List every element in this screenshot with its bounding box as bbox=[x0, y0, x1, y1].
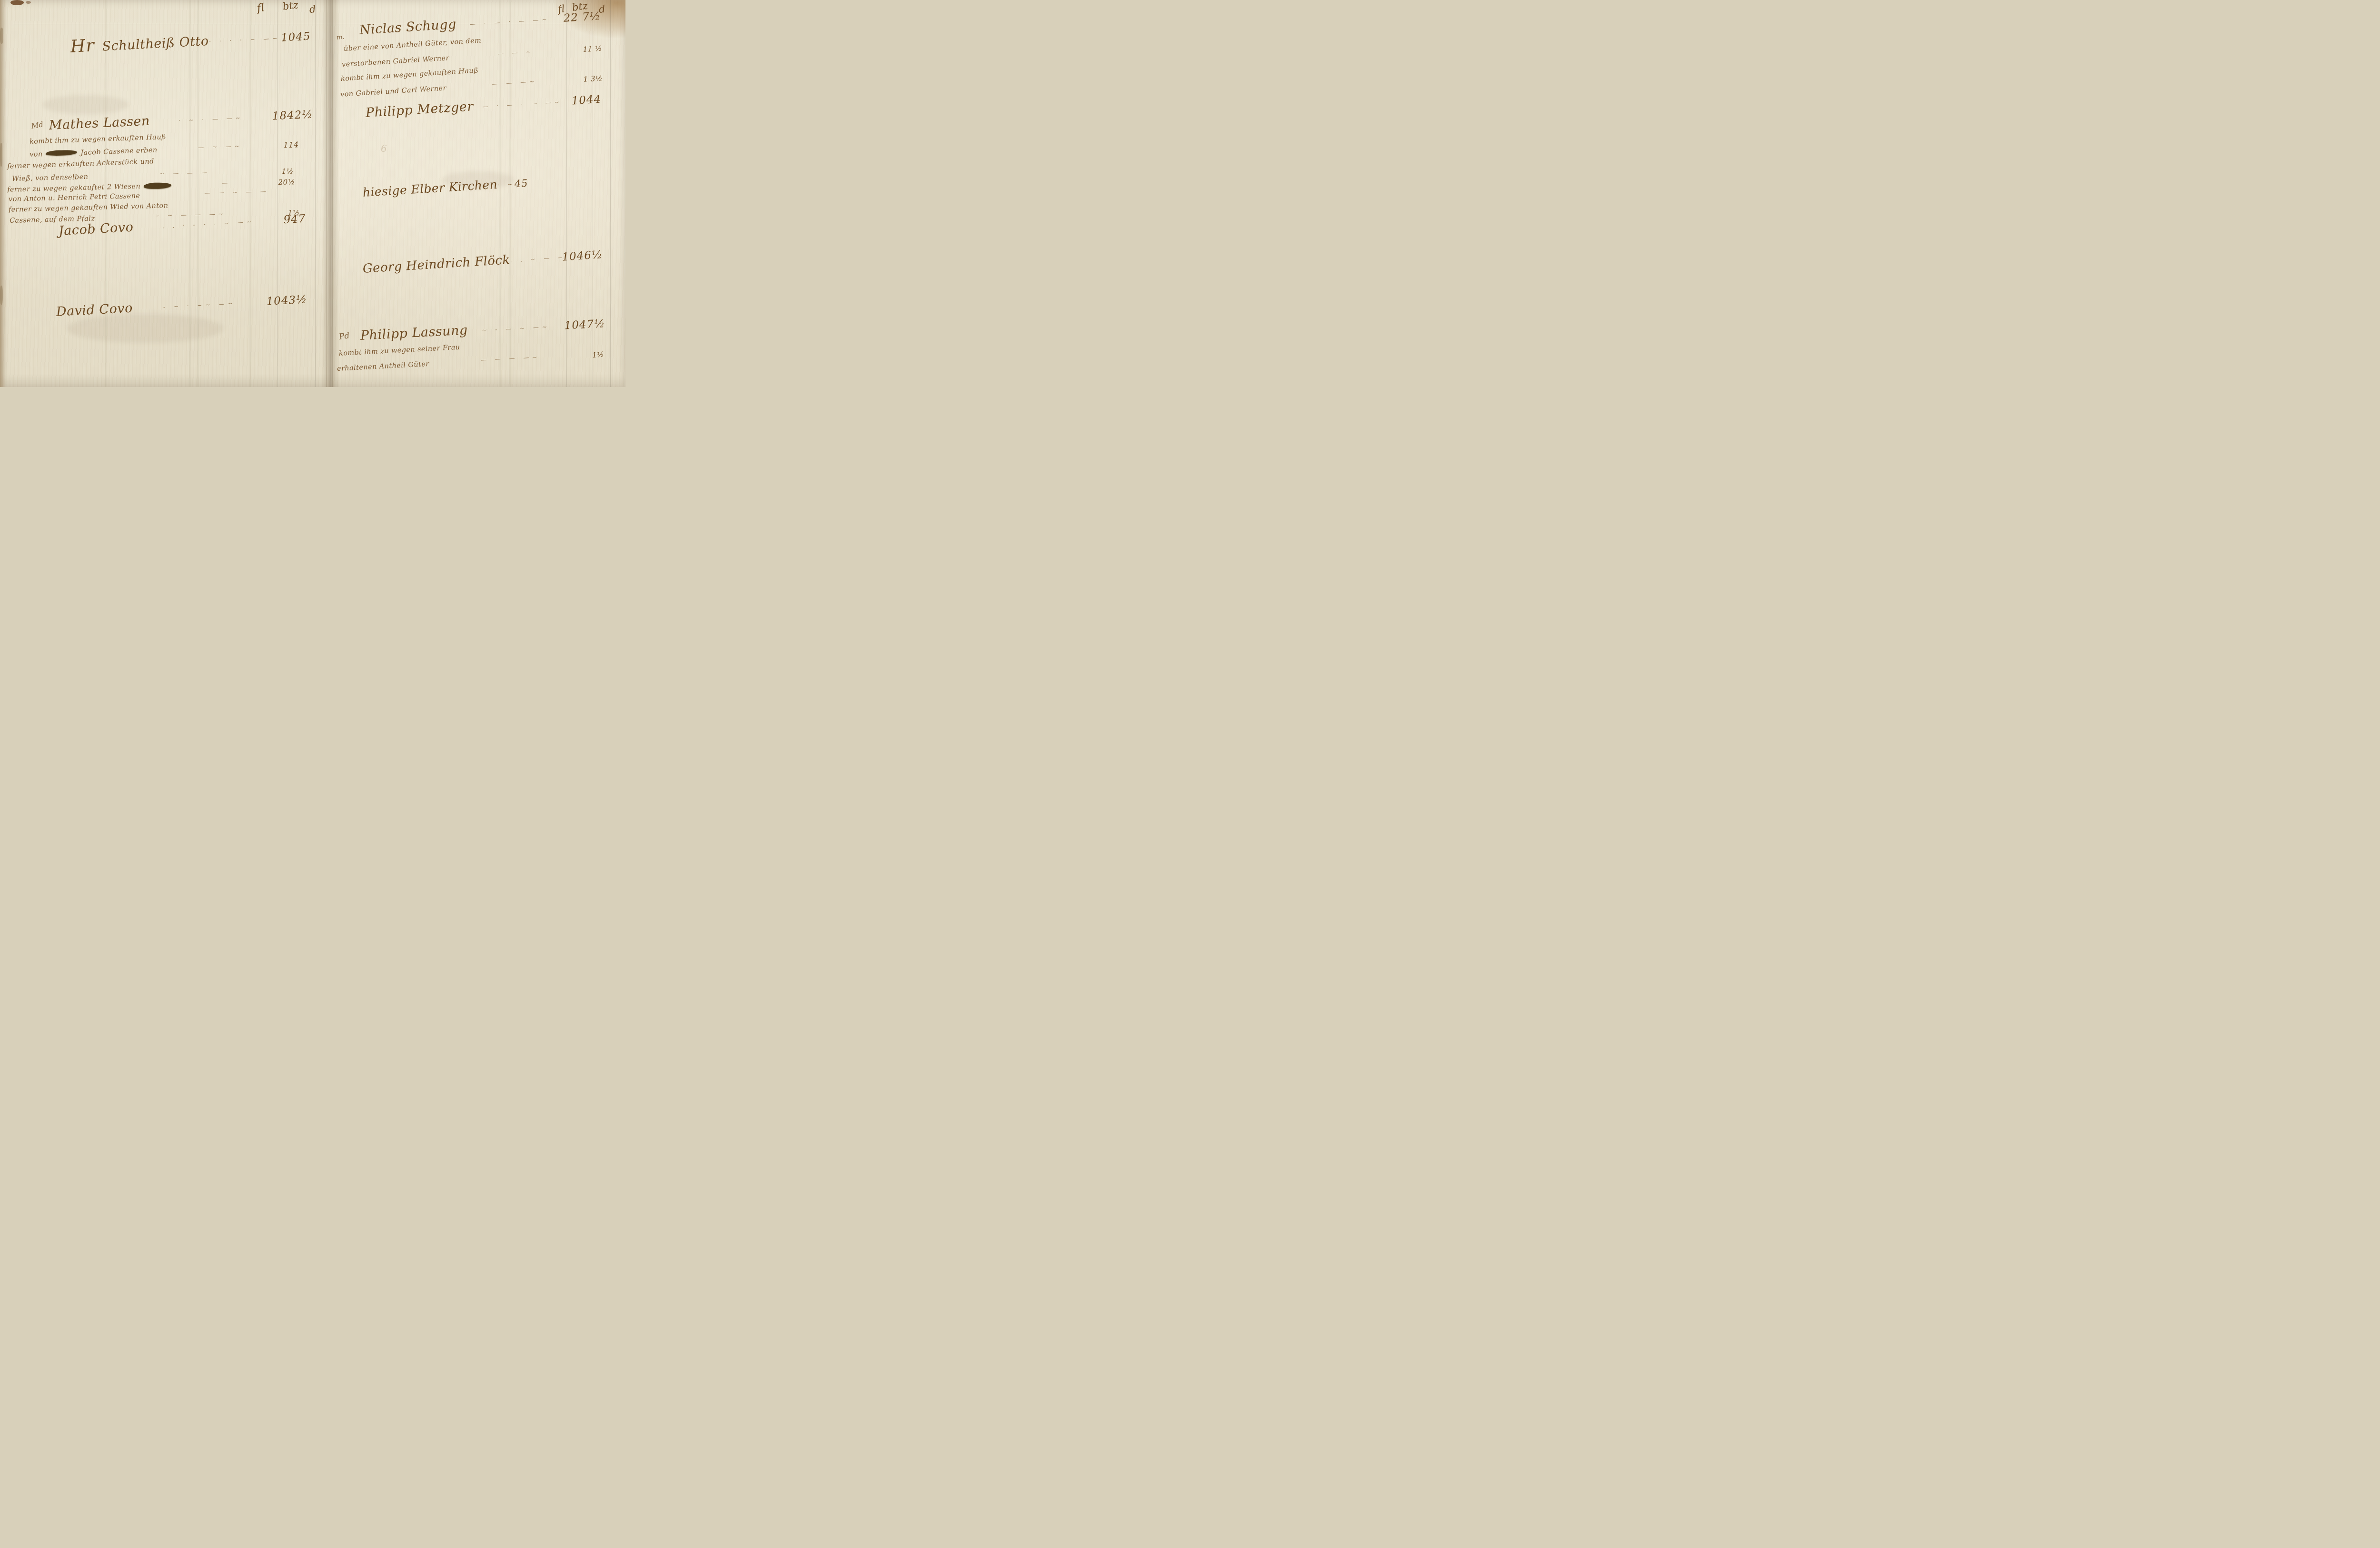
leader-line: — — —~ bbox=[446, 75, 584, 90]
bleed-smudge bbox=[67, 314, 224, 343]
entry-amount: 1842½ bbox=[272, 109, 313, 123]
entry-name: Mathes Lassen bbox=[49, 114, 150, 133]
leader-line: ~ - — ~ —~ bbox=[467, 323, 565, 335]
deckle-notch bbox=[0, 28, 3, 44]
subline-text: von Gabriel und Carl Werner bbox=[340, 84, 447, 99]
bleed-smudge bbox=[43, 95, 129, 114]
subline-text: verstorbenen Gabriel Werner bbox=[342, 54, 450, 69]
subline-text: erhaltenen Antheil Güter bbox=[337, 360, 429, 373]
bleedthrough-mark: 6 bbox=[381, 143, 387, 154]
subline-text: über eine von Antheil Güter, von dem bbox=[344, 37, 482, 53]
entry-amount: 114 bbox=[283, 140, 299, 149]
entry-amount: 1043½ bbox=[266, 293, 307, 308]
leader-line: — — ~ bbox=[449, 45, 583, 60]
leader-line: . . ~ — —~ bbox=[510, 254, 562, 264]
deckle-edge bbox=[0, 0, 7, 387]
subline-text: ferner zu wegen gekauftet 2 Wiesen bbox=[7, 183, 141, 194]
entry-amount: 11 ½ bbox=[583, 44, 602, 54]
entry-amount: 1044 bbox=[571, 93, 602, 108]
column-header-btz: btz bbox=[282, 0, 299, 12]
page-edge-line bbox=[332, 0, 333, 387]
ledger-subline: ferner wegen erkauften Ackerstück und bbox=[7, 157, 174, 170]
margin-mark: Md bbox=[31, 120, 44, 130]
subline-text: kombt ihm zu wegen seiner Frau bbox=[339, 344, 460, 357]
entry-amount: 1½ bbox=[592, 350, 605, 359]
ledger-subline: kombt ihm zu wegen gekauften Hauß bbox=[341, 65, 505, 83]
subline-text: von Anton u. Henrich Petri Cassene bbox=[9, 192, 140, 203]
entry-amount: 947 bbox=[283, 213, 306, 226]
subline-text: kombt ihm zu wegen erkauften Hauß bbox=[30, 133, 167, 146]
leader-line: · ~ · — —~ bbox=[150, 113, 273, 125]
strikethrough-blot bbox=[46, 149, 77, 156]
entry-amount: 1 3½ bbox=[583, 74, 603, 83]
leader-line: — · — · — —~ bbox=[456, 15, 564, 29]
leader-line: ~ — — — bbox=[88, 167, 282, 179]
deckle-notch bbox=[0, 143, 2, 167]
subline-text: ferner wegen erkauften Ackerstück und bbox=[7, 158, 154, 170]
pencil-rule-vertical bbox=[277, 0, 278, 387]
entry-name: hiesige Elber Kirchen bbox=[362, 178, 498, 199]
entry-name: Philipp Metzger bbox=[365, 99, 474, 120]
leader-line: · · · · ~ —~ bbox=[208, 35, 281, 45]
ledger-subline: kombt ihm zu wegen seiner Frau bbox=[339, 341, 498, 357]
column-header-fl: fl bbox=[256, 1, 265, 15]
ledger-entry-row: Georg Heindrich Flöck . . ~ — —~ 1046½ bbox=[362, 247, 603, 276]
entry-amount: 1047½ bbox=[564, 318, 605, 332]
ink-blot bbox=[144, 182, 171, 189]
corner-spot bbox=[26, 1, 31, 4]
ledger-entry-row: Philipp Lassung ~ - — ~ —~ 1047½ bbox=[360, 316, 605, 343]
subline-text: kombt ihm zu wegen gekauften Hauß bbox=[341, 67, 479, 83]
ledger-entry-row: David Covo - ~ · ~~ —~ 1043½ bbox=[56, 291, 307, 319]
leader-line: — · — · — —~ bbox=[473, 98, 572, 111]
entry-amount: 1045 bbox=[280, 30, 311, 44]
ledger-subline: kombt ihm zu wegen erkauften Hauß bbox=[30, 132, 206, 146]
leader-line: - ~ · ~~ —~ bbox=[132, 298, 267, 312]
entry-amount: 1½ bbox=[281, 167, 294, 176]
margin-mark: m. bbox=[336, 34, 345, 41]
leader-line: . . · - - - ~ —~ bbox=[133, 217, 284, 231]
entry-amount: 1046½ bbox=[562, 248, 603, 263]
column-header-d: d bbox=[309, 3, 316, 15]
pencil-rule-vertical bbox=[315, 0, 316, 387]
page-edge-line bbox=[327, 0, 327, 387]
entry-name: Schultheiß Otto bbox=[102, 34, 209, 54]
leader-line: · ~ — —~ bbox=[497, 181, 515, 189]
subline-text: Wieß, von denselben bbox=[12, 173, 89, 183]
entry-name: Georg Heindrich Flöck bbox=[362, 253, 510, 276]
entry-prefix: Hr bbox=[70, 36, 95, 57]
deckle-notch bbox=[0, 286, 3, 305]
pencil-rule-vertical bbox=[610, 0, 611, 387]
entry-name: Philipp Lassung bbox=[360, 323, 468, 343]
pencil-rule-vertical bbox=[294, 0, 294, 387]
leader-line: — ~ —~ bbox=[157, 141, 284, 152]
margin-mark: Pd bbox=[338, 331, 350, 342]
entry-amount: 22 7½ bbox=[563, 10, 601, 25]
entry-amount: 20½ bbox=[278, 178, 295, 187]
subline-text: Jacob Cassene erben bbox=[80, 147, 158, 157]
handwritten-ledger-scan: 6 fl btz d Hr Schultheiß Otto · · · · ~ … bbox=[0, 0, 625, 387]
corner-spot bbox=[10, 0, 24, 5]
ledger-subline: über eine von Antheil Güter, von dem bbox=[344, 35, 506, 53]
subline-text: von bbox=[30, 150, 43, 159]
subline-text: ferner zu wegen gekauften Wied von Anton bbox=[9, 202, 169, 214]
entry-name: Niclas Schugg bbox=[359, 17, 457, 38]
book-gutter bbox=[322, 0, 339, 387]
entry-amount: 45 bbox=[514, 178, 528, 190]
